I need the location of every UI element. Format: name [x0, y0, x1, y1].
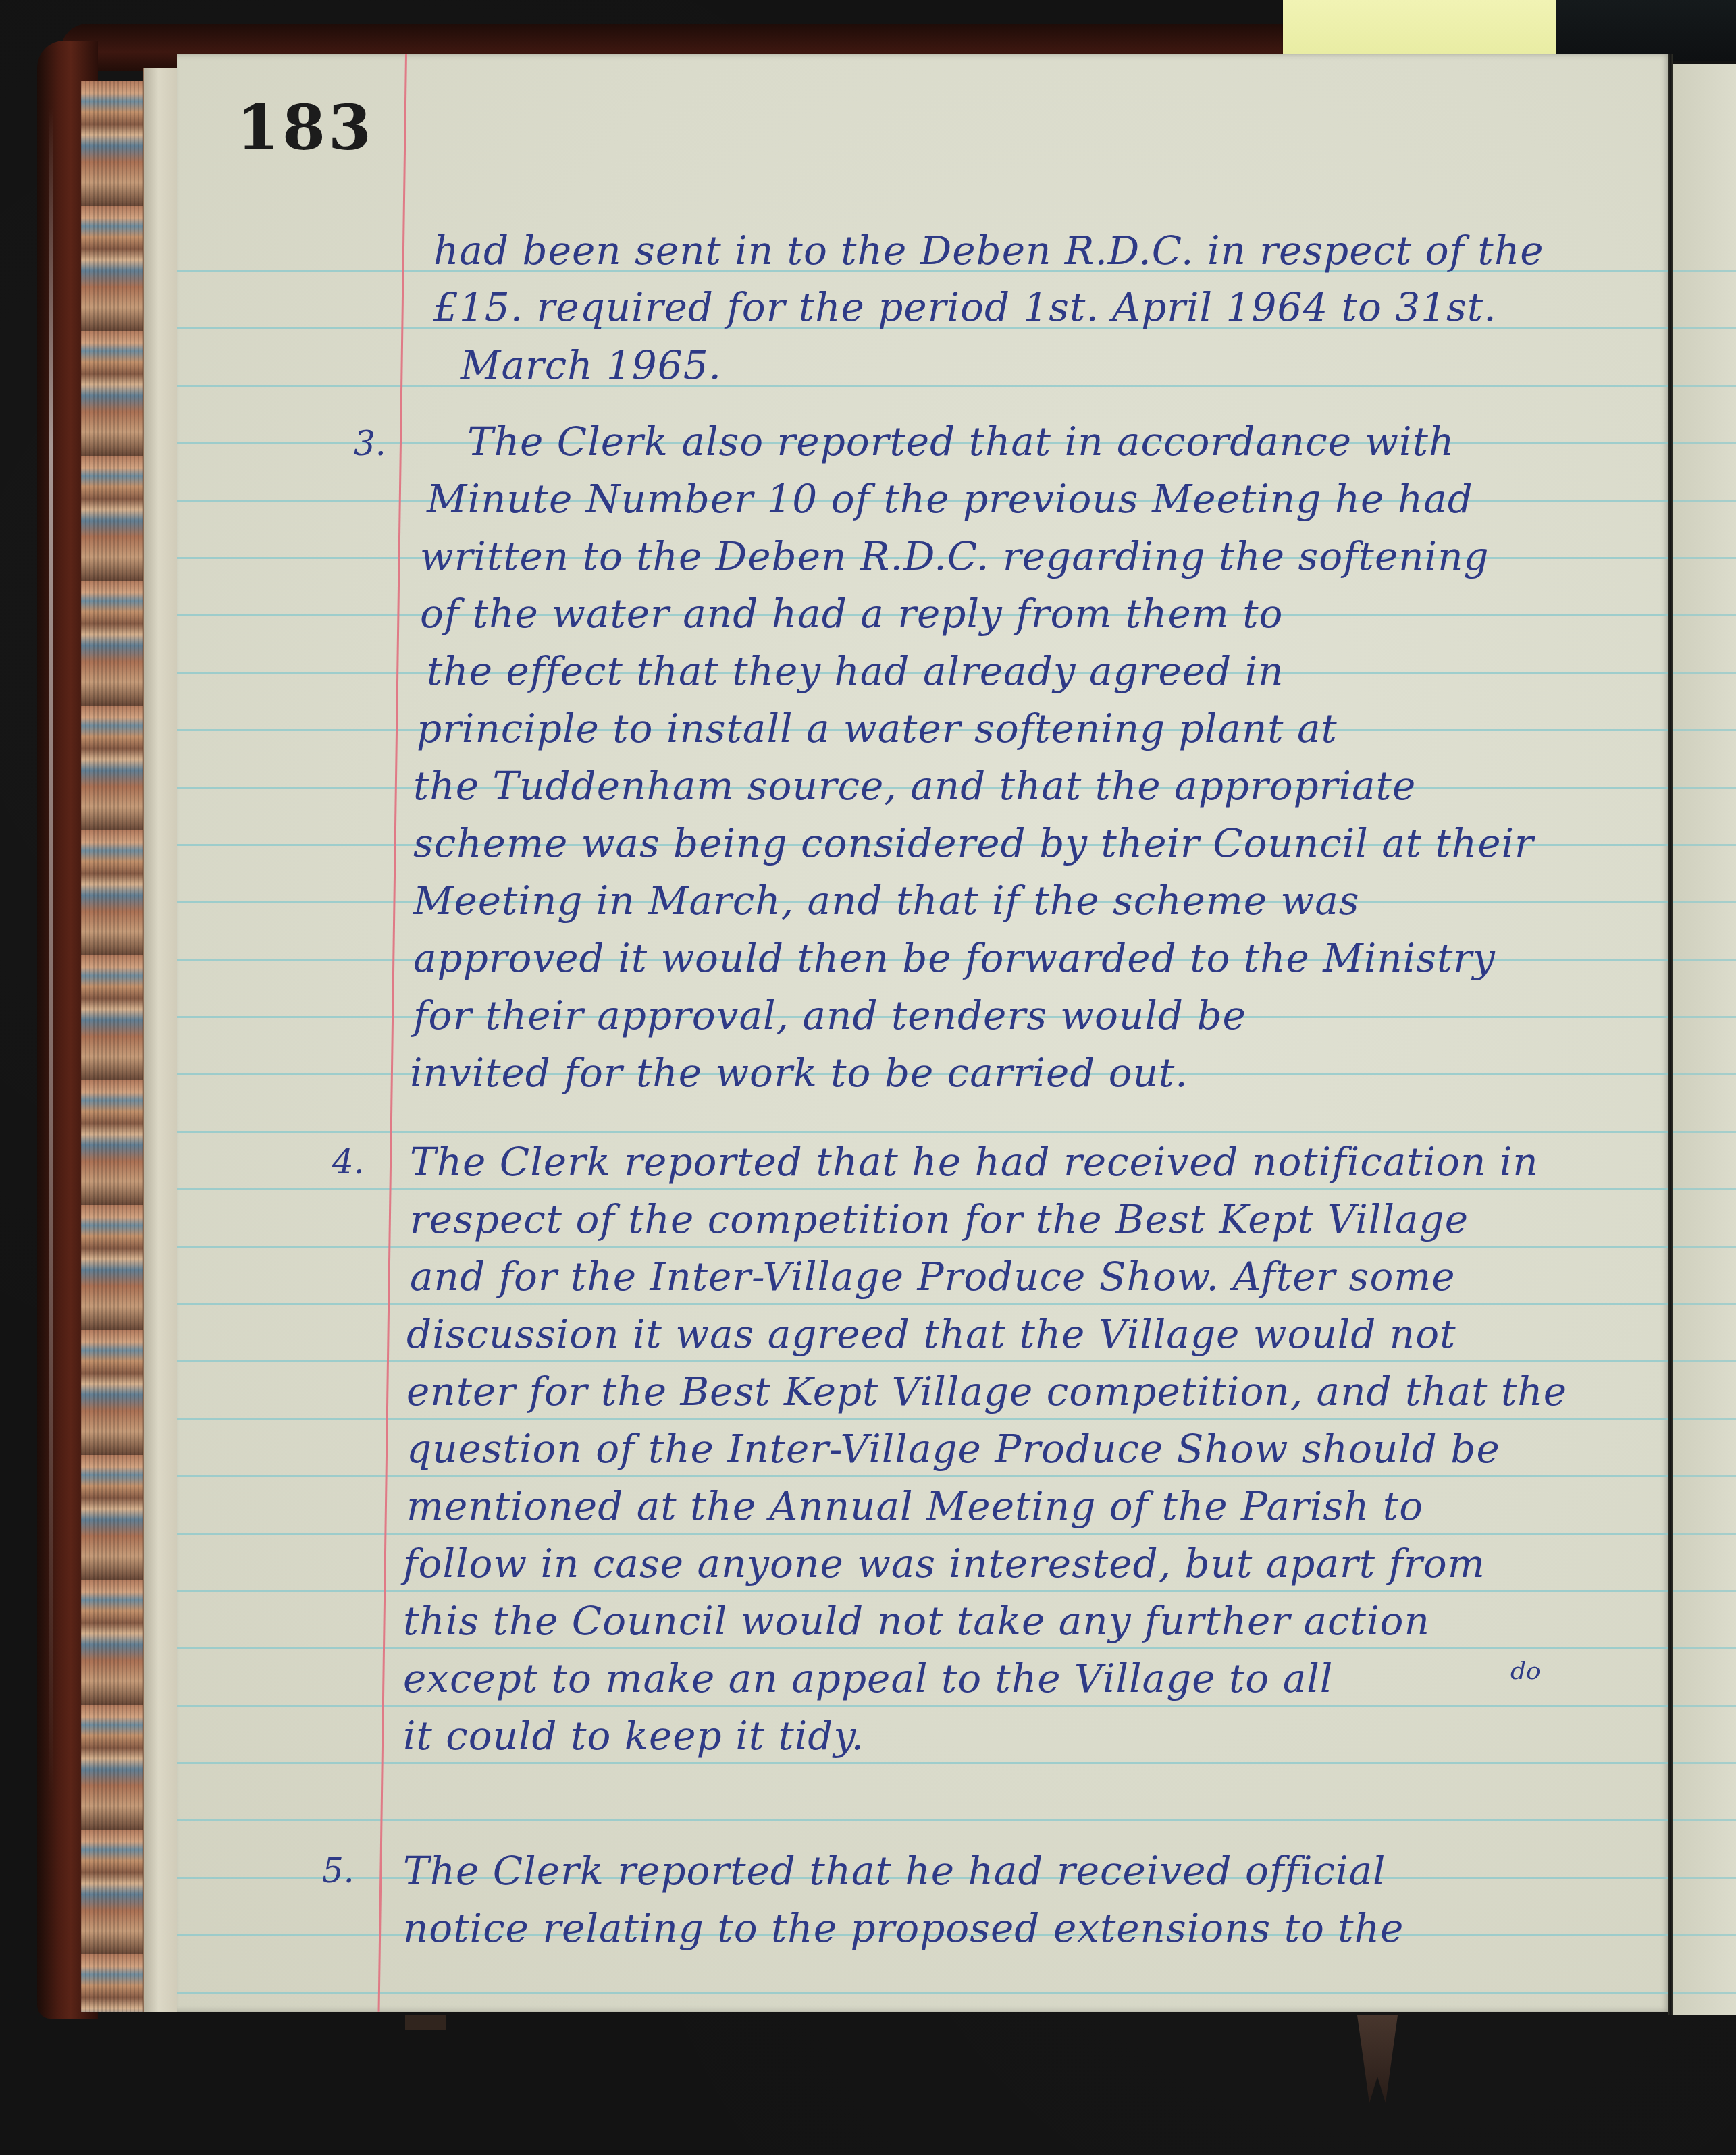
ledger-page: 183 had been sent in to the Deben R.D.C.…: [177, 54, 1671, 2012]
ruled-line: [177, 1590, 1671, 1592]
minute-line: enter for the Best Kept Village competit…: [406, 1372, 1567, 1411]
ruled-line: [1673, 1819, 1736, 1821]
minute-line: except to make an appeal to the Village …: [403, 1659, 1333, 1698]
page-stack: [143, 68, 180, 2012]
ruled-line: [177, 1188, 1671, 1190]
ruled-line: [1673, 1934, 1736, 1936]
bookmark-ribbon-end: [405, 2015, 446, 2030]
minute-line: The Clerk reported that he had received …: [403, 1851, 1386, 1890]
ruled-line: [1673, 1246, 1736, 1248]
minute-line: this the Council would not take any furt…: [403, 1601, 1430, 1641]
ruled-line: [1673, 500, 1736, 502]
ruled-line: [1673, 557, 1736, 559]
ruled-line: [1673, 901, 1736, 903]
ruled-line: [1673, 729, 1736, 731]
ruled-line: [177, 1647, 1671, 1649]
minute-line: and for the Inter-Village Produce Show. …: [410, 1257, 1456, 1296]
continuation-line: £15. required for the period 1st. April …: [433, 288, 1497, 327]
marbled-page-edges: [81, 81, 149, 2012]
ruled-line: [1673, 959, 1736, 961]
ruled-line: [1673, 1877, 1736, 1879]
minute-line: the effect that they had already agreed …: [427, 651, 1284, 691]
ruled-line: [1673, 442, 1736, 444]
minute-line: Minute Number 10 of the previous Meeting…: [427, 479, 1473, 518]
minute-line: the Tuddenham source, and that the appro…: [413, 766, 1416, 805]
minute-line: The Clerk also reported that in accordan…: [467, 422, 1454, 461]
ruled-line: [1673, 1131, 1736, 1133]
ruled-line: [1673, 1992, 1736, 1994]
minute-line: for their approval, and tenders would be: [413, 996, 1246, 1035]
ruled-line: [177, 1819, 1671, 1821]
page-gutter: [1668, 54, 1673, 2015]
ruled-line: [1673, 844, 1736, 846]
minute-line: The Clerk reported that he had received …: [410, 1142, 1539, 1181]
ruled-line: [177, 1705, 1671, 1707]
ruled-line: [1673, 1303, 1736, 1305]
ruled-line: [177, 1533, 1671, 1535]
minute-line: discussion it was agreed that the Villag…: [406, 1314, 1456, 1354]
page-number: 183: [236, 91, 374, 164]
minute-line: invited for the work to be carried out.: [410, 1053, 1188, 1092]
ruled-line: [1673, 1418, 1736, 1420]
ruled-line: [1673, 1475, 1736, 1477]
continuation-line: had been sent in to the Deben R.D.C. in …: [433, 231, 1544, 270]
book-cover-right: [1556, 0, 1736, 61]
continuation-line: March 1965.: [461, 346, 722, 385]
minute-line: mentioned at the Annual Meeting of the P…: [406, 1487, 1423, 1526]
ruled-line: [177, 1303, 1671, 1305]
ruled-line: [1673, 1762, 1736, 1764]
minute-line: of the water and had a reply from them t…: [420, 594, 1283, 633]
cover-highlight: [49, 108, 53, 1796]
ruled-line: [1673, 1533, 1736, 1535]
ruled-line: [1673, 385, 1736, 387]
ruled-line: [177, 1360, 1671, 1362]
minute-line: respect of the competition for the Best …: [410, 1200, 1469, 1239]
ruled-line: [1673, 1705, 1736, 1707]
inserted-word: do: [1510, 1657, 1541, 1685]
ruled-line: [1673, 1647, 1736, 1649]
minute-line: written to the Deben R.D.C. regarding th…: [420, 537, 1490, 576]
minute-line: notice relating to the proposed extensio…: [403, 1909, 1404, 1948]
ruled-line: [1673, 672, 1736, 674]
ruled-line: [1673, 1016, 1736, 1018]
ruled-line: [1673, 1188, 1736, 1190]
ruled-line: [177, 1418, 1671, 1420]
ruled-line: [1673, 614, 1736, 616]
ruled-line: [177, 1992, 1671, 1994]
minute-line: principle to install a water softening p…: [417, 709, 1338, 748]
minute-line: approved it would then be forwarded to t…: [413, 938, 1496, 978]
ruled-line: [1673, 1590, 1736, 1592]
ruled-line: [177, 1246, 1671, 1248]
minute-line: it could to keep it tidy.: [403, 1716, 864, 1755]
minute-number: 5.: [322, 1851, 354, 1890]
minute-line: Meeting in March, and that if the scheme…: [413, 881, 1360, 920]
minute-number: 3.: [354, 424, 386, 463]
ruled-line: [1673, 270, 1736, 272]
ruled-line: [177, 1475, 1671, 1477]
ruled-line: [1673, 787, 1736, 789]
minute-line: follow in case anyone was interested, bu…: [403, 1544, 1485, 1583]
minute-line: scheme was being considered by their Cou…: [413, 824, 1534, 863]
facing-page-edge: [1673, 64, 1736, 2015]
ruled-line: [177, 1131, 1671, 1133]
ruled-line: [1673, 1073, 1736, 1075]
sticky-note: [1283, 0, 1556, 58]
minute-number: 4.: [332, 1142, 365, 1181]
ruled-line: [1673, 1360, 1736, 1362]
ruled-line: [1673, 327, 1736, 329]
minute-line: question of the Inter-Village Produce Sh…: [406, 1429, 1500, 1468]
ruled-line: [177, 1762, 1671, 1764]
